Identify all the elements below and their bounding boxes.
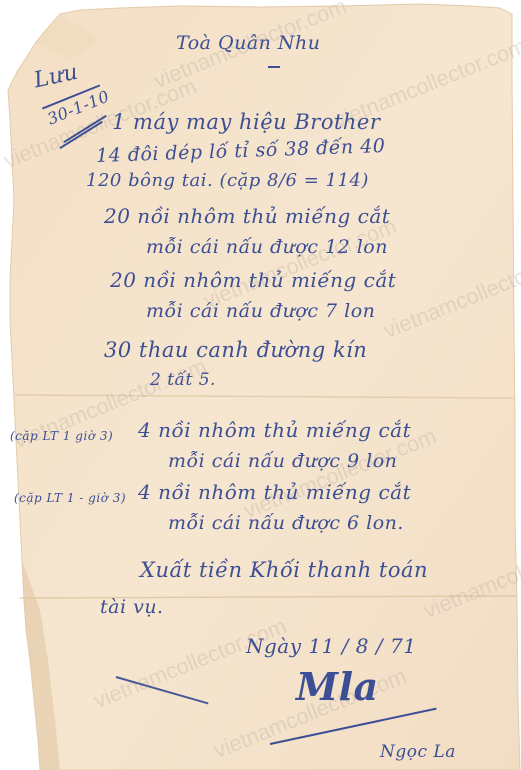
item-line: mỗi cái nấu được 9 lon [168, 452, 397, 471]
signature: Mla [296, 668, 379, 706]
document-heading: Toà Quân Nhu [176, 34, 321, 53]
item-line: 4 nồi nhôm thủ miếng cắt [138, 482, 411, 502]
heading-underline [268, 66, 280, 68]
item-side-note: (cặp LT 1 - giờ 3) [14, 492, 126, 504]
item-line: 2 tất 5. [150, 372, 216, 389]
scanned-document: vietnamcollector.com vietnamcollector.co… [0, 0, 521, 770]
signer-name: Ngọc La [380, 744, 456, 761]
item-line: 20 nồi nhôm thủ miếng cắt [104, 206, 390, 226]
item-line: mỗi cái nấu được 6 lon. [168, 514, 404, 533]
item-line: mỗi cái nấu được 12 lon [146, 238, 388, 257]
item-line: mỗi cái nấu được 7 lon [146, 302, 375, 321]
closing-line: tài vụ. [100, 598, 164, 617]
document-date: Ngày 11 / 8 / 71 [246, 636, 416, 656]
closing-line: Xuất tiền Khối thanh toán [140, 560, 428, 581]
item-side-note: (cặp LT 1 giờ 3) [10, 430, 113, 442]
item-line: 120 bông tai. (cặp 8/6 = 114) [86, 172, 369, 190]
item-line: 30 thau canh đường kín [104, 340, 367, 361]
item-line: 20 nồi nhôm thủ miếng cắt [110, 270, 396, 290]
item-line: 1 máy may hiệu Brother [112, 112, 380, 133]
item-line: 4 nồi nhôm thủ miếng cắt [138, 420, 411, 440]
